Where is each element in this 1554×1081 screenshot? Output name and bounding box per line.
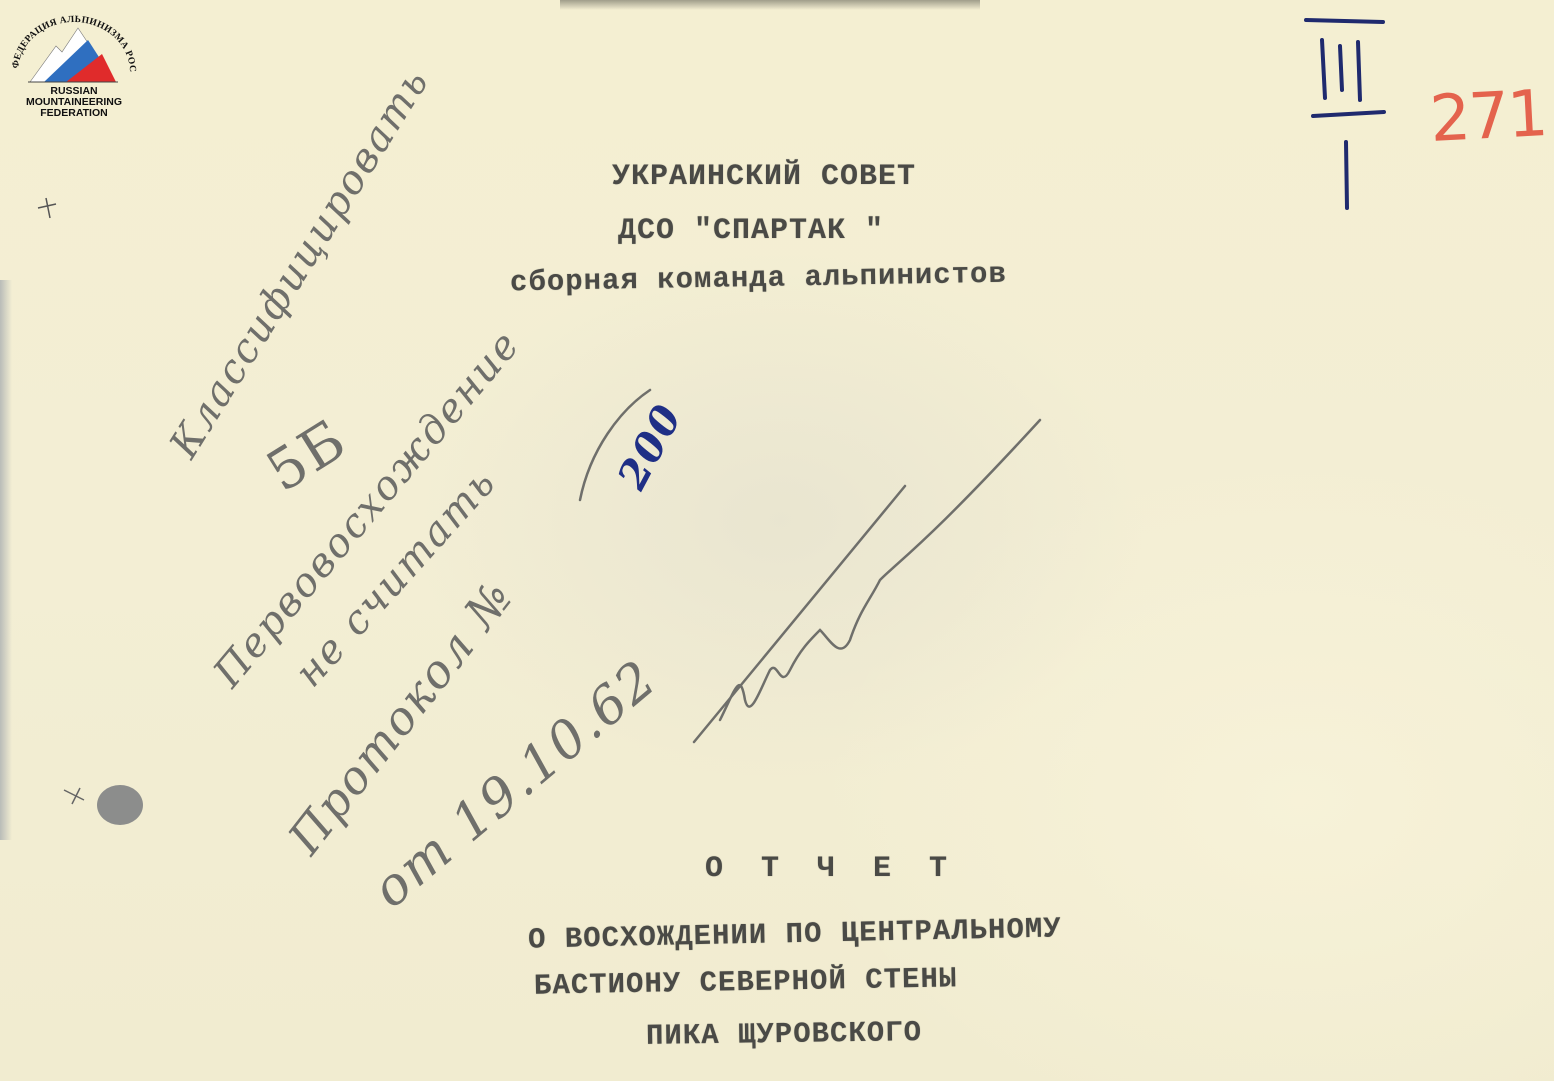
binder-hole-top-icon [38,198,56,218]
document-page: ФЕДЕРАЦИЯ АЛЬПИНИЗМА РОССИИ RUSSIAN MOUN… [0,0,1554,1081]
binder-holes [0,0,1554,1081]
binder-hole-bottom-icon [64,785,143,825]
